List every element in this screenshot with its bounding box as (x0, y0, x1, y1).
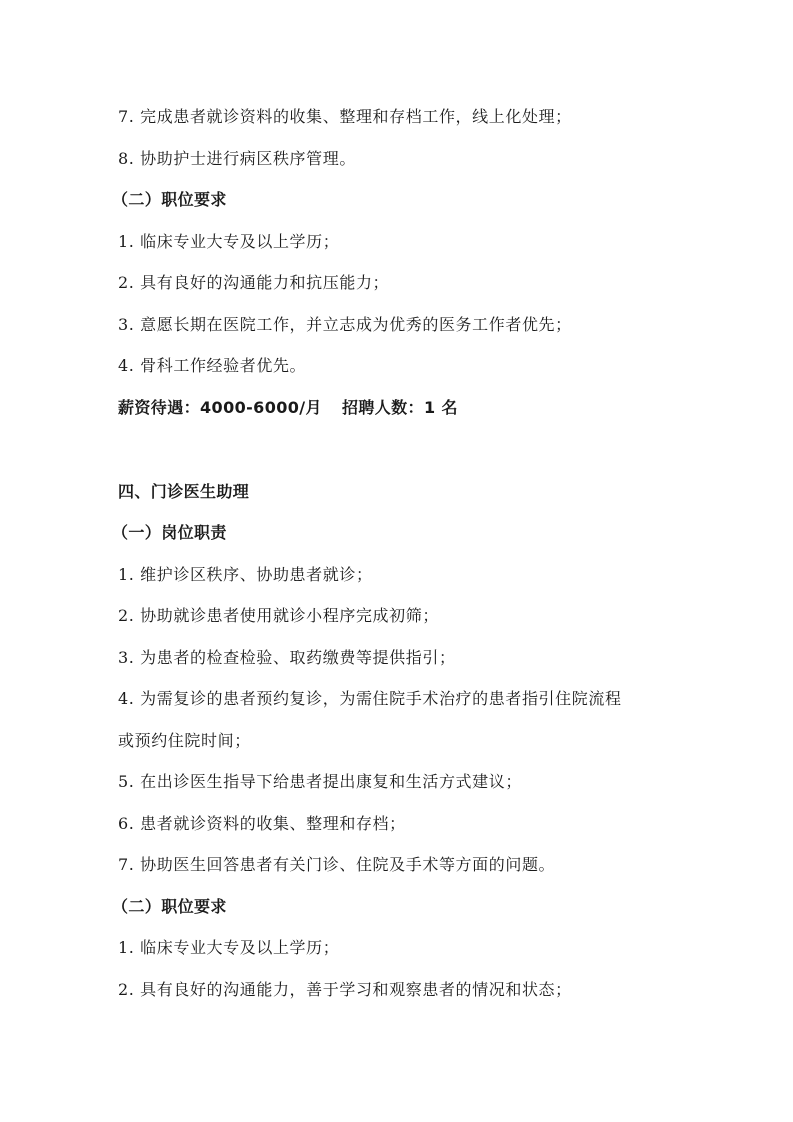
duties-heading: （一）岗位职责 (112, 523, 227, 543)
section-title: 四、门诊医生助理 (118, 482, 249, 502)
duty-item: 4. 为需复诊的患者预约复诊，为需住院手术治疗的患者指引住院流程 (118, 689, 622, 709)
duty-item: 2. 协助就诊患者使用就诊小程序完成初筛； (118, 606, 439, 626)
duty-item: 7. 协助医生回答患者有关门诊、住院及手术等方面的问题。 (118, 855, 555, 875)
requirements-heading: （二）职位要求 (112, 897, 227, 917)
salary-text: 薪资待遇：4000-6000/月 (118, 398, 322, 417)
duty-item: 3. 为患者的检查检验、取药缴费等提供指引； (118, 648, 456, 668)
duty-item: 6. 患者就诊资料的收集、整理和存档； (118, 814, 406, 834)
requirement-item: 2. 具有良好的沟通能力，善于学习和观察患者的情况和状态； (118, 980, 572, 1000)
requirement-item: 3. 意愿长期在医院工作，并立志成为优秀的医务工作者优先； (118, 315, 572, 335)
duty-item-continuation: 或预约住院时间； (118, 731, 251, 751)
requirement-item: 4. 骨科工作经验者优先。 (118, 356, 306, 376)
requirements-heading: （二）职位要求 (112, 190, 227, 210)
salary-headcount-line: 薪资待遇：4000-6000/月招聘人数：1 名 (118, 398, 458, 418)
requirement-item: 1. 临床专业大专及以上学历； (118, 938, 339, 958)
headcount-text: 招聘人数：1 名 (342, 398, 458, 417)
duty-item: 7. 完成患者就诊资料的收集、整理和存档工作，线上化处理； (118, 107, 572, 127)
duty-item: 1. 维护诊区秩序、协助患者就诊； (118, 565, 373, 585)
requirement-item: 2. 具有良好的沟通能力和抗压能力； (118, 273, 389, 293)
requirement-item: 1. 临床专业大专及以上学历； (118, 232, 339, 252)
duty-item: 8. 协助护士进行病区秩序管理。 (118, 149, 356, 169)
duty-item: 5. 在出诊医生指导下给患者提出康复和生活方式建议； (118, 772, 522, 792)
